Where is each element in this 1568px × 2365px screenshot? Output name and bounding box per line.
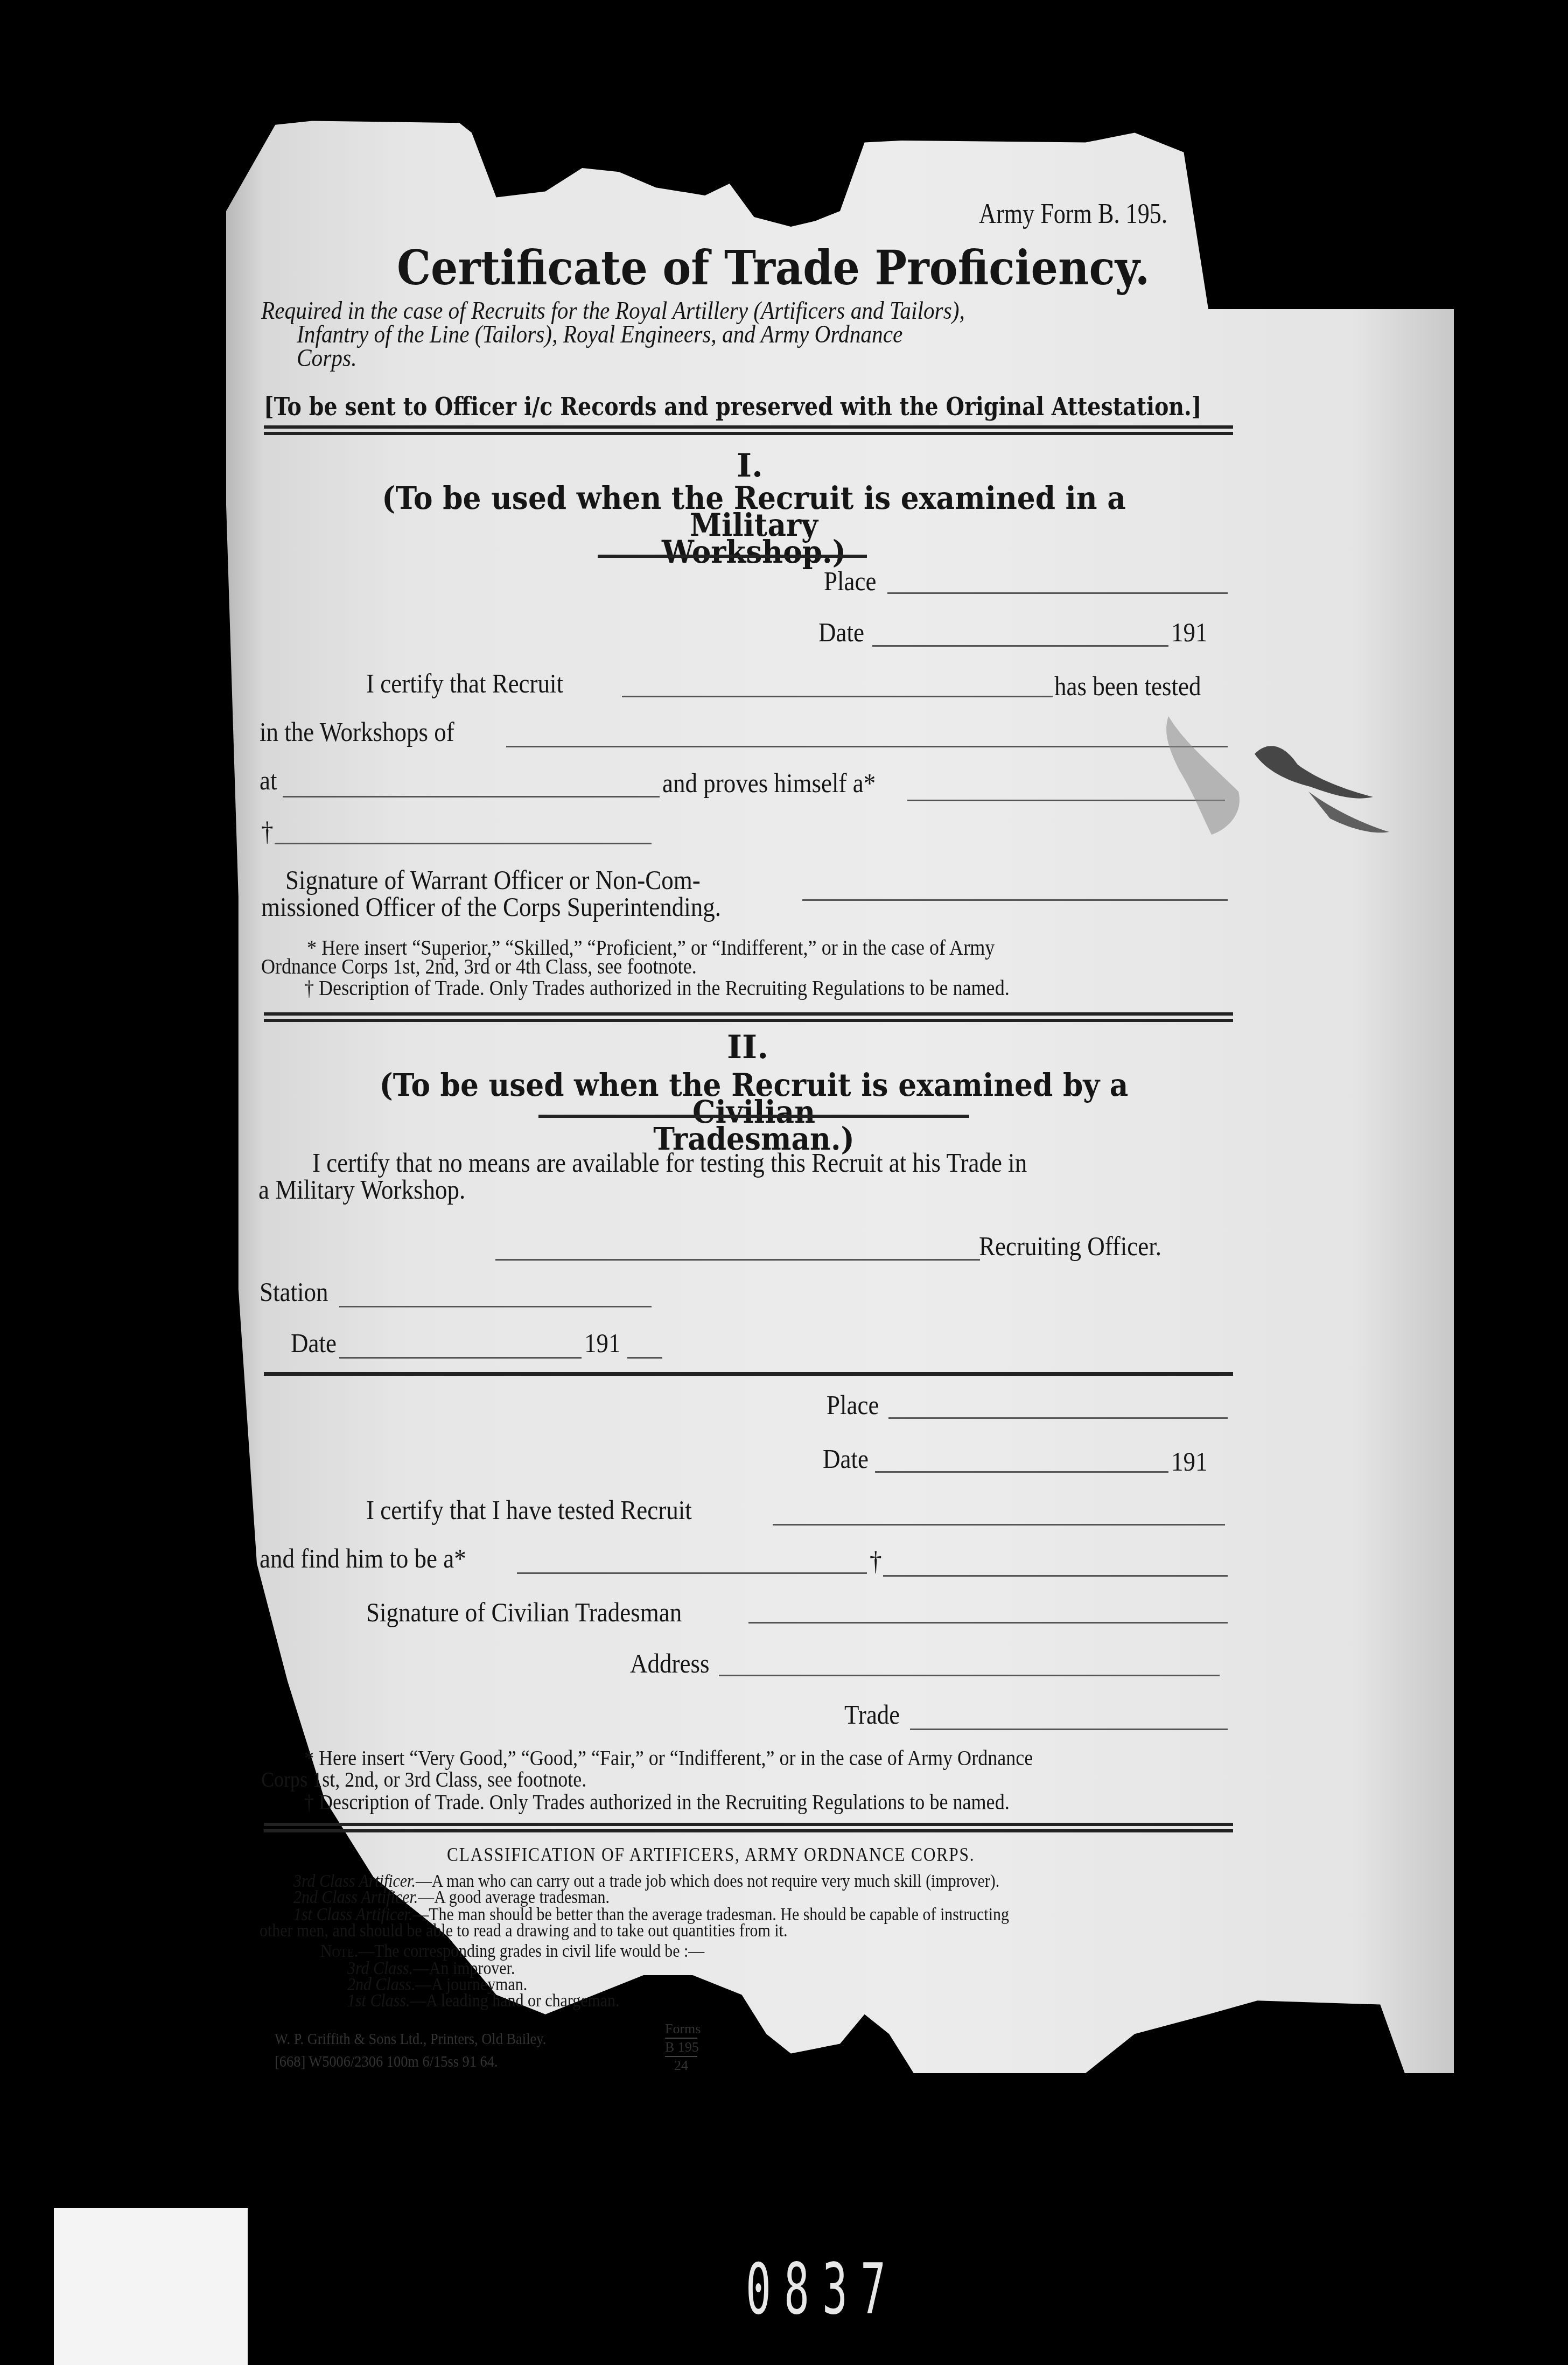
signature-field[interactable] xyxy=(802,899,1228,901)
section-2-heading: (To be used when the Recruit is examined… xyxy=(328,1072,1180,1152)
date-label: Date xyxy=(818,617,864,648)
date-field[interactable] xyxy=(875,1471,1168,1473)
subtitle: Required in the case of Recruits for the… xyxy=(261,299,1124,370)
grade-description: —A leading hand or chargeman. xyxy=(410,1991,619,2011)
at-field[interactable] xyxy=(283,796,660,797)
form-number: Army Form B. 195. xyxy=(979,198,1167,230)
address-label: Address xyxy=(630,1648,709,1679)
trade-field[interactable] xyxy=(910,1729,1228,1730)
footnote: Corps 1st, 2nd, or 3rd Class, see footno… xyxy=(261,1766,586,1792)
tested-recruit-label: I certify that I have tested Recruit xyxy=(366,1494,692,1526)
page-title: Certificate of Trade Proficiency. xyxy=(397,240,1143,296)
section-1-number: I. xyxy=(737,447,763,485)
recruit-name-field[interactable] xyxy=(773,1524,1225,1526)
divider xyxy=(264,425,1233,435)
find-label: and find him to be a* xyxy=(260,1543,466,1574)
date-field[interactable] xyxy=(339,1357,582,1359)
footnote: † Description of Trade. Only Trades auth… xyxy=(304,1789,1010,1815)
divider xyxy=(264,1823,1233,1832)
section-1-heading: (To be used when the Recruit is examined… xyxy=(328,485,1180,565)
place-field[interactable] xyxy=(888,1417,1228,1419)
date-year-prefix: 191 xyxy=(1171,617,1208,648)
place-label: Place xyxy=(824,565,876,597)
grade-name: 1st Class. xyxy=(347,1991,410,2011)
date-label: Date xyxy=(291,1327,337,1359)
section-2-number: II. xyxy=(727,1028,768,1066)
date-year-prefix: 191 xyxy=(1171,1446,1208,1477)
grade-field[interactable] xyxy=(517,1572,867,1574)
printer-imprint: W. P. Griffith & Sons Ltd., Printers, Ol… xyxy=(275,2030,546,2048)
subtitle-line: Corps. xyxy=(261,346,1124,370)
year-suffix-field[interactable] xyxy=(627,1357,662,1359)
certify-label: I certify that Recruit xyxy=(366,668,563,699)
workshops-field[interactable] xyxy=(506,746,1228,747)
recruiting-officer-signature-field[interactable] xyxy=(495,1259,980,1261)
tradesman-signature-label: Signature of Civilian Tradesman xyxy=(366,1597,682,1628)
proves-label: and proves himself a* xyxy=(662,767,876,799)
date-year-prefix: 191 xyxy=(584,1327,621,1359)
heading-line: Workshop.) xyxy=(662,534,846,570)
station-field[interactable] xyxy=(339,1306,652,1307)
dagger-mark: † xyxy=(870,1545,882,1577)
tested-label: has been tested xyxy=(1054,670,1201,702)
station-label: Station xyxy=(260,1276,328,1307)
signature-label: missioned Officer of the Corps Superinte… xyxy=(261,891,721,922)
divider xyxy=(264,1372,1233,1376)
forms-code: B 195 xyxy=(665,2040,697,2054)
classification-item-continued: other men, and should be able to read a … xyxy=(260,1921,787,1941)
place-field[interactable] xyxy=(887,592,1228,594)
recruiting-officer-label: Recruiting Officer. xyxy=(979,1230,1161,1262)
civil-grade: 1st Class.—A leading hand or chargeman. xyxy=(347,1991,620,2011)
routing-instruction: [To be sent to Officer i/c Records and p… xyxy=(264,392,1097,421)
no-means-statement: a Military Workshop. xyxy=(258,1174,465,1205)
divider xyxy=(538,1115,969,1118)
workshops-label: in the Workshops of xyxy=(260,716,454,747)
recruit-name-field[interactable] xyxy=(622,696,1053,697)
tradesman-signature-field[interactable] xyxy=(748,1622,1228,1624)
form-content: Army Form B. 195. Certificate of Trade P… xyxy=(0,0,1568,2365)
trade-field[interactable] xyxy=(883,1575,1228,1577)
trade-field[interactable] xyxy=(275,843,652,844)
footnote: † Description of Trade. Only Trades auth… xyxy=(304,975,1010,1000)
date-label: Date xyxy=(823,1443,869,1474)
classification-heading: CLASSIFICATION OF ARTIFICERS, ARMY ORDNA… xyxy=(447,1844,975,1866)
trade-label: Trade xyxy=(844,1699,900,1730)
date-field[interactable] xyxy=(872,645,1168,647)
ink-stain-icon xyxy=(1147,705,1416,845)
place-label: Place xyxy=(827,1389,879,1421)
address-field[interactable] xyxy=(719,1675,1220,1676)
subtitle-line: Infantry of the Line (Tailors), Royal En… xyxy=(261,323,1124,346)
forms-label: Forms xyxy=(665,2022,697,2036)
forms-number: 24 xyxy=(665,2059,697,2073)
forms-reference: Forms B 195 24 xyxy=(665,2022,697,2073)
divider xyxy=(264,1012,1233,1022)
dagger-mark: † xyxy=(261,816,274,847)
print-code: [668] W5006/2306 100m 6/15ss 91 64. xyxy=(275,2053,498,2071)
divider xyxy=(598,555,867,558)
at-label: at xyxy=(260,765,277,796)
